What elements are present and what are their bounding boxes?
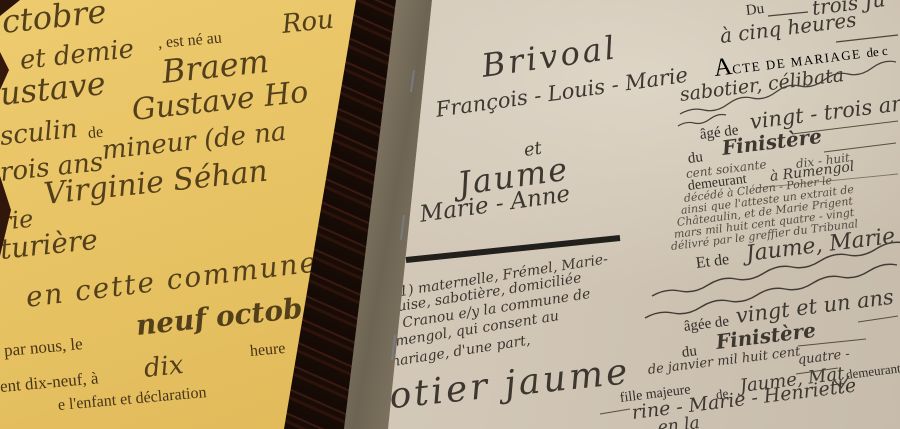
handwritten-line: ustave [0, 67, 107, 110]
handwritten-line: ctobre [0, 0, 108, 38]
printed-fragment: heure [249, 341, 286, 360]
photo-of-register-documents: Brivoal François - Louis - Marie et Jaum… [0, 0, 900, 429]
handwritten-line: neuf octob [135, 295, 304, 340]
bride-intro-label: Et de [695, 252, 730, 272]
handwritten-line: dix [143, 352, 185, 382]
printed-fragment: ent dix-neuf, à [0, 369, 99, 395]
bride-age-value: vingt et un ans [735, 287, 895, 327]
act-date-label: Du [745, 2, 765, 19]
handwritten-line: sculin [0, 116, 79, 150]
printed-fragment: e l'enfant et déclaration [57, 385, 207, 414]
act-title-tail: de c [866, 43, 889, 60]
groom-age-value: vingt - trois ans [749, 92, 900, 133]
printed-fragment: par nous, le [3, 335, 83, 359]
handwritten-line: turière [0, 226, 99, 264]
handwritten-line: Rou [281, 7, 335, 38]
bride-tail-text: en la [657, 415, 701, 429]
bride-dept-value: Finistère [715, 320, 817, 352]
